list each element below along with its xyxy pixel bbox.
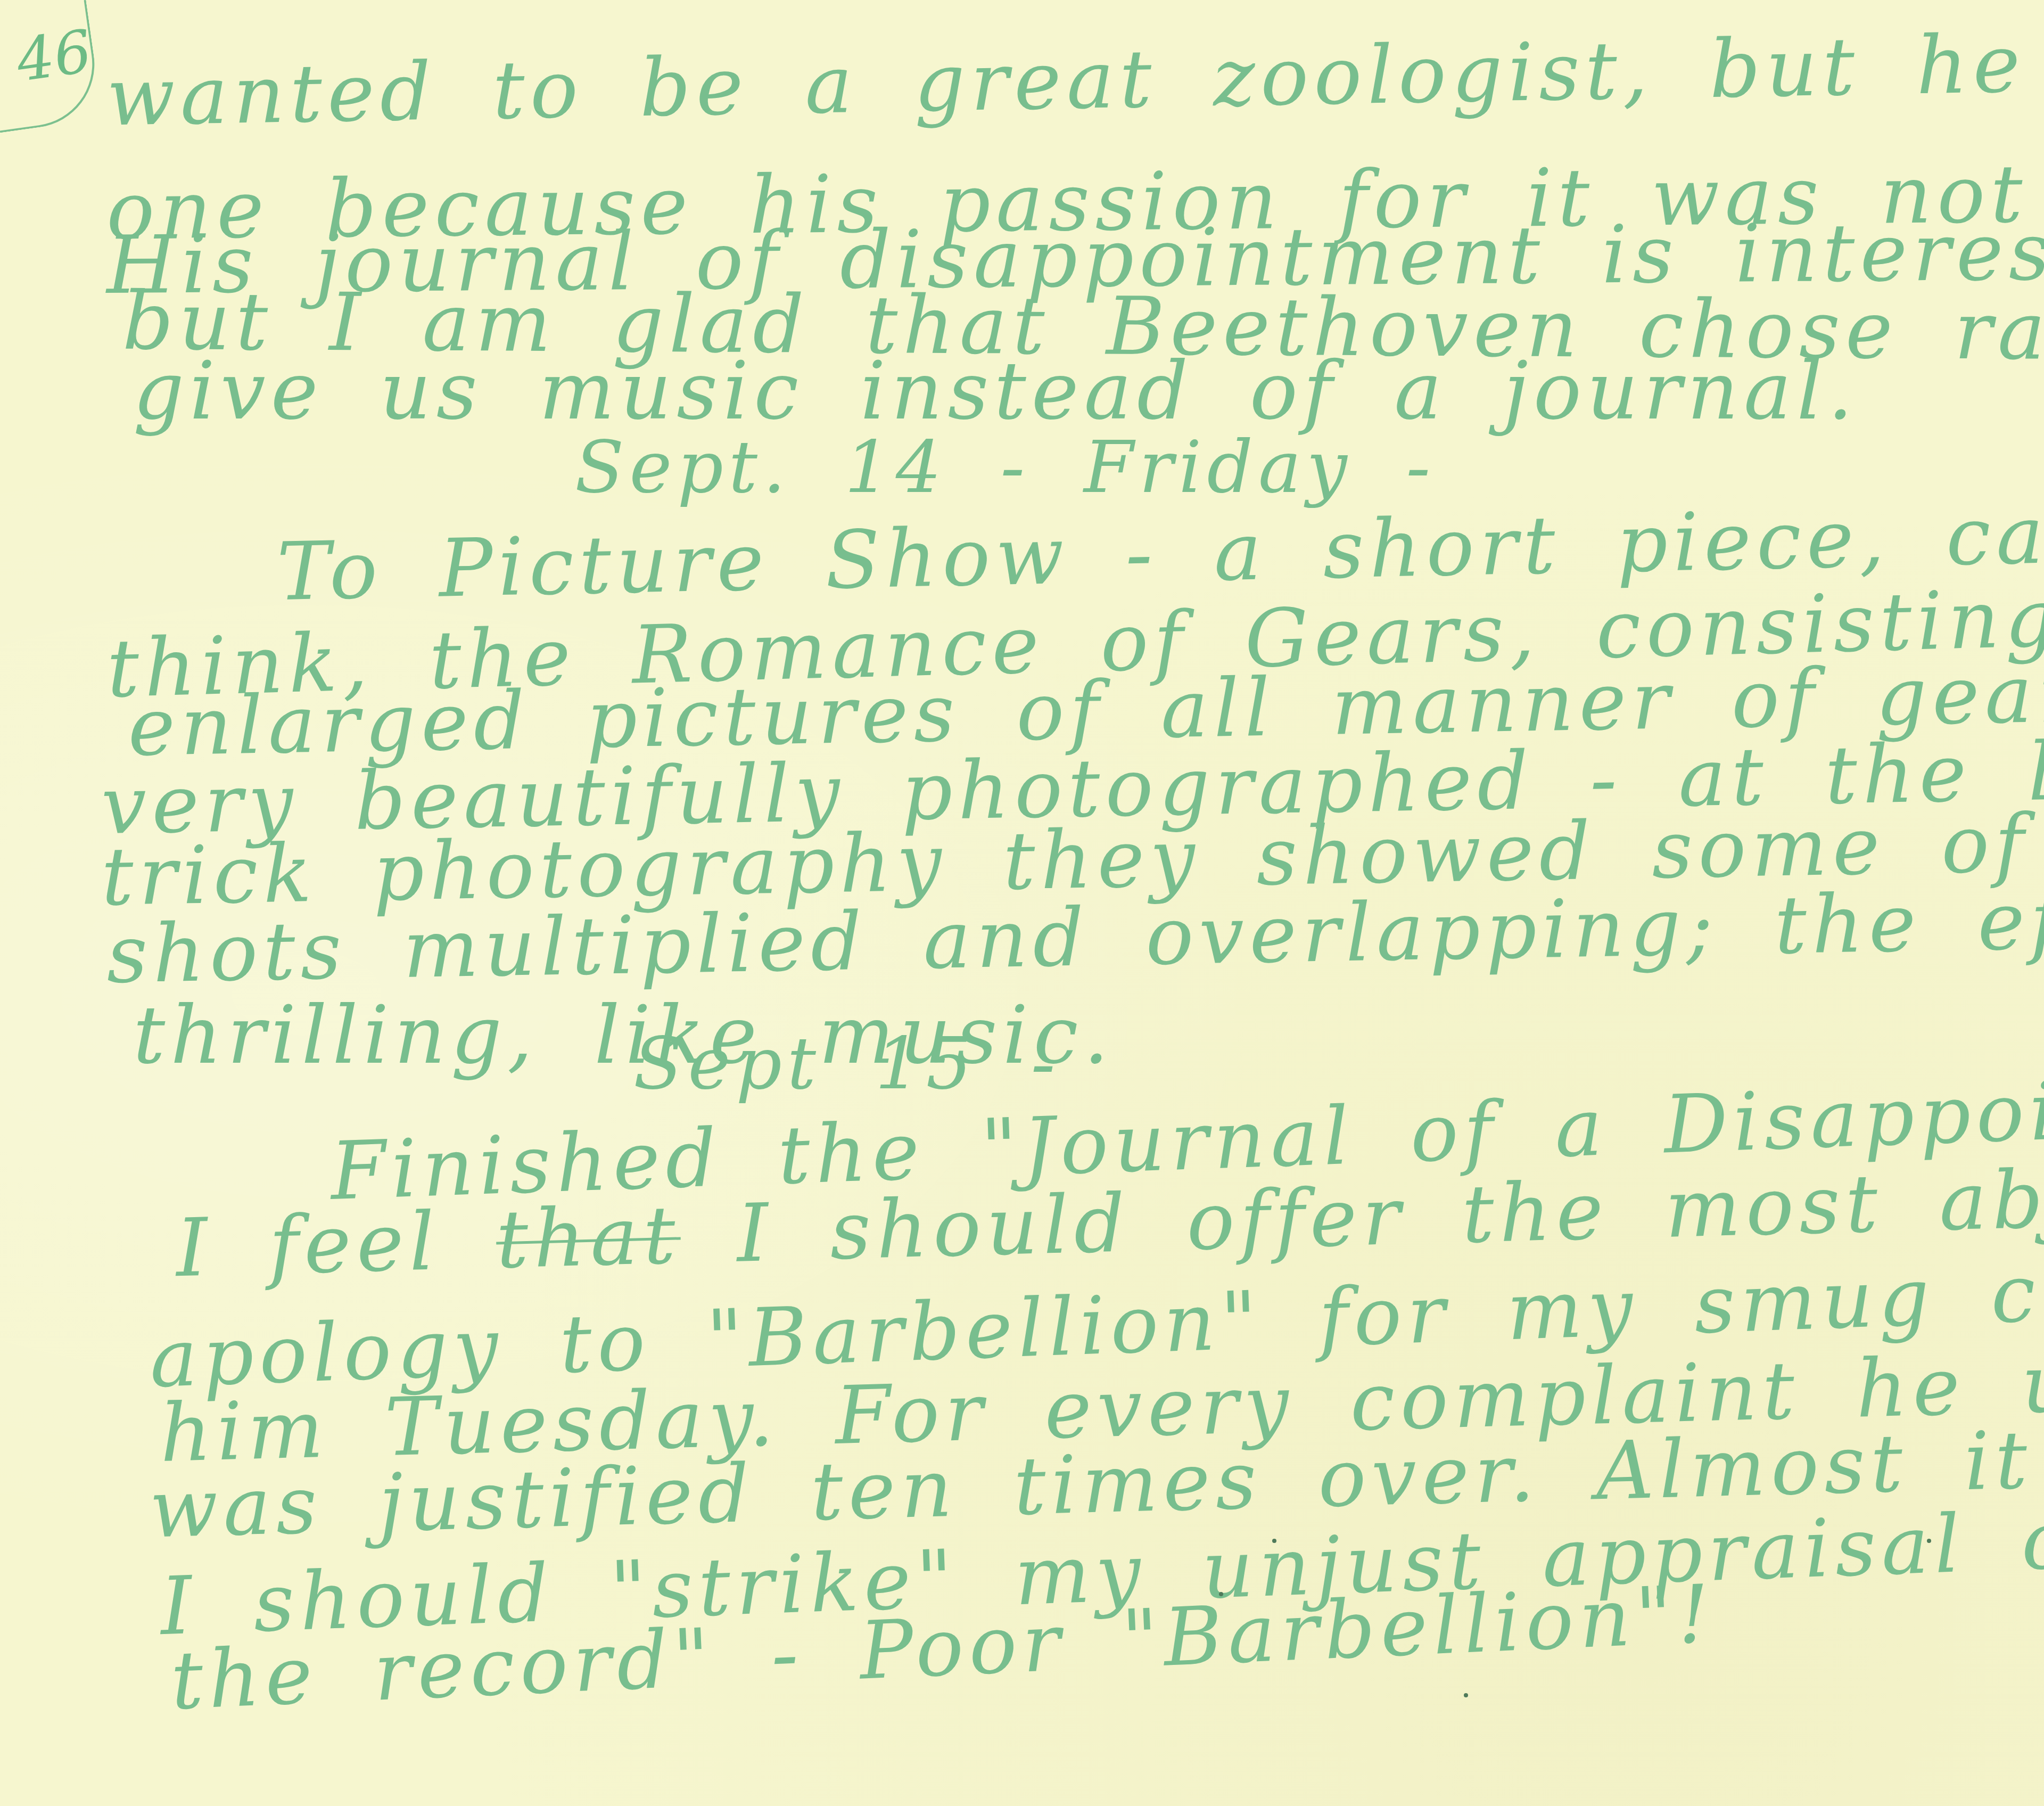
ink-speck: [1927, 1539, 1931, 1543]
page-number-circle: 46: [0, 0, 103, 134]
date-heading-sept-14: Sept. 14 - Friday -: [575, 431, 1436, 503]
ink-speck: [1272, 1539, 1276, 1543]
struck-out-word: that: [495, 1189, 682, 1286]
text-fragment: I feel: [175, 1194, 497, 1295]
text-line-1: wanted to be a great zoologist, but he w…: [106, 17, 2044, 137]
ink-speck: [1464, 1693, 1468, 1697]
text-line-5: give us music instead of a journal.: [133, 351, 1858, 431]
diary-page: 46 wanted to be a great zoologist, but h…: [0, 0, 2044, 1806]
ink-speck: [1219, 1592, 1223, 1596]
page-number: 46: [12, 17, 95, 95]
date-heading-sept-15: Sept 15 -: [633, 1028, 1060, 1099]
